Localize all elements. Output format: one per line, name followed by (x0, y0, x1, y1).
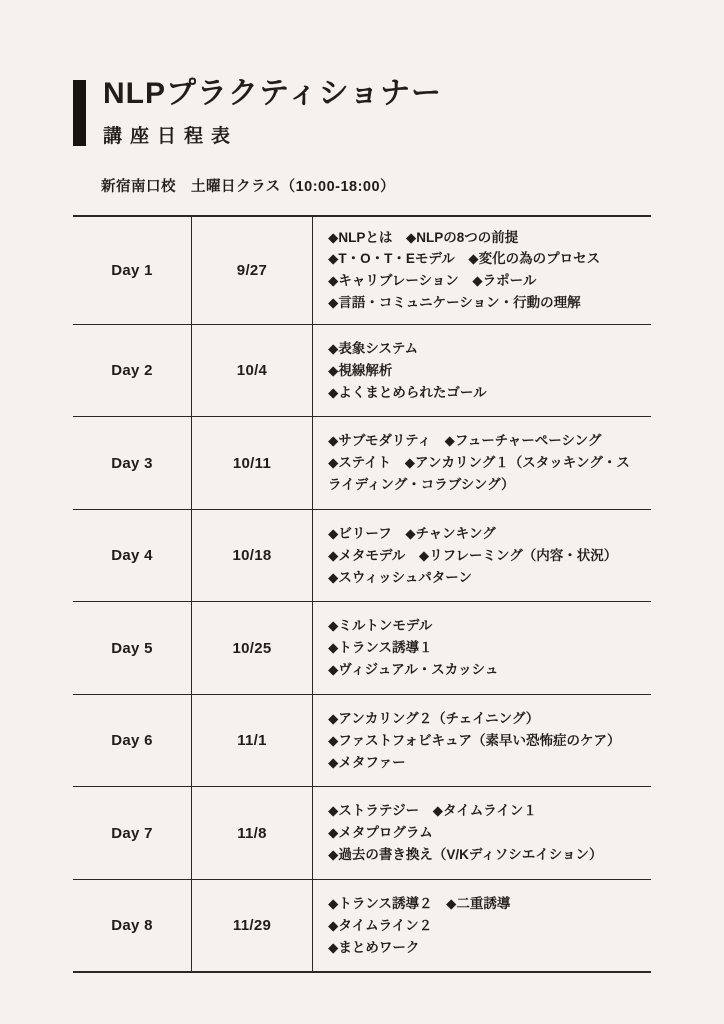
table-row: Day 7 11/8 ◆ストラテジー ◆タイムライン１ ◆メタプログラム ◆過去… (73, 786, 651, 879)
topics-text: ◆サブモダリティ ◆フューチャーペーシング ◆ステイト ◆アンカリング１（スタッ… (313, 417, 651, 509)
date-label: 10/18 (191, 510, 313, 602)
schedule-page: NLPプラクティショナー 講座日程表 新宿南口校 土曜日クラス（10:00-18… (0, 0, 724, 1024)
page-title: NLPプラクティショナー (103, 78, 442, 110)
table-row: Day 1 9/27 ◆NLPとは ◆NLPの8つの前提 ◆T・O・T・Eモデル… (73, 217, 651, 324)
day-label: Day 4 (73, 510, 191, 602)
title-accent-bar (73, 80, 86, 146)
date-label: 10/11 (191, 417, 313, 509)
schedule-table: Day 1 9/27 ◆NLPとは ◆NLPの8つの前提 ◆T・O・T・Eモデル… (73, 215, 651, 974)
topics-text: ◆ミルトンモデル ◆トランス誘導１ ◆ヴィジュアル・スカッシュ (313, 602, 651, 694)
table-row: Day 4 10/18 ◆ビリーフ ◆チャンキング ◆メタモデル ◆リフレーミン… (73, 509, 651, 602)
topics-text: ◆NLPとは ◆NLPの8つの前提 ◆T・O・T・Eモデル ◆変化の為のプロセス… (313, 217, 651, 324)
date-label: 11/8 (191, 787, 313, 879)
day-label: Day 7 (73, 787, 191, 879)
date-label: 9/27 (191, 217, 313, 324)
topics-text: ◆トランス誘導２ ◆二重誘導 ◆タイムライン２ ◆まとめワーク (313, 880, 651, 972)
table-row: Day 8 11/29 ◆トランス誘導２ ◆二重誘導 ◆タイムライン２ ◆まとめ… (73, 879, 651, 972)
topics-text: ◆ストラテジー ◆タイムライン１ ◆メタプログラム ◆過去の書き換え（V/Kディ… (313, 787, 651, 879)
date-label: 11/1 (191, 695, 313, 787)
day-label: Day 5 (73, 602, 191, 694)
page-subtitle: 講座日程表 (103, 121, 442, 148)
day-label: Day 8 (73, 880, 191, 972)
table-row: Day 5 10/25 ◆ミルトンモデル ◆トランス誘導１ ◆ヴィジュアル・スカ… (73, 601, 651, 694)
date-label: 11/29 (191, 880, 313, 972)
table-row: Day 6 11/1 ◆アンカリング２（チェイニング） ◆ファストフォビキュア（… (73, 694, 651, 787)
title-block: NLPプラクティショナー 講座日程表 (73, 78, 651, 148)
topics-text: ◆表象システム ◆視線解析 ◆よくまとめられたゴール (313, 325, 651, 417)
date-label: 10/25 (191, 602, 313, 694)
topics-text: ◆ビリーフ ◆チャンキング ◆メタモデル ◆リフレーミング（内容・状況） ◆スウ… (313, 510, 651, 602)
title-text-group: NLPプラクティショナー 講座日程表 (103, 78, 442, 148)
day-label: Day 3 (73, 417, 191, 509)
date-label: 10/4 (191, 325, 313, 417)
day-label: Day 1 (73, 217, 191, 324)
day-label: Day 2 (73, 325, 191, 417)
class-info: 新宿南口校 土曜日クラス（10:00-18:00） (101, 175, 651, 196)
table-row: Day 2 10/4 ◆表象システム ◆視線解析 ◆よくまとめられたゴール (73, 324, 651, 417)
day-label: Day 6 (73, 695, 191, 787)
topics-text: ◆アンカリング２（チェイニング） ◆ファストフォビキュア（素早い恐怖症のケア） … (313, 695, 651, 787)
table-row: Day 3 10/11 ◆サブモダリティ ◆フューチャーペーシング ◆ステイト … (73, 416, 651, 509)
